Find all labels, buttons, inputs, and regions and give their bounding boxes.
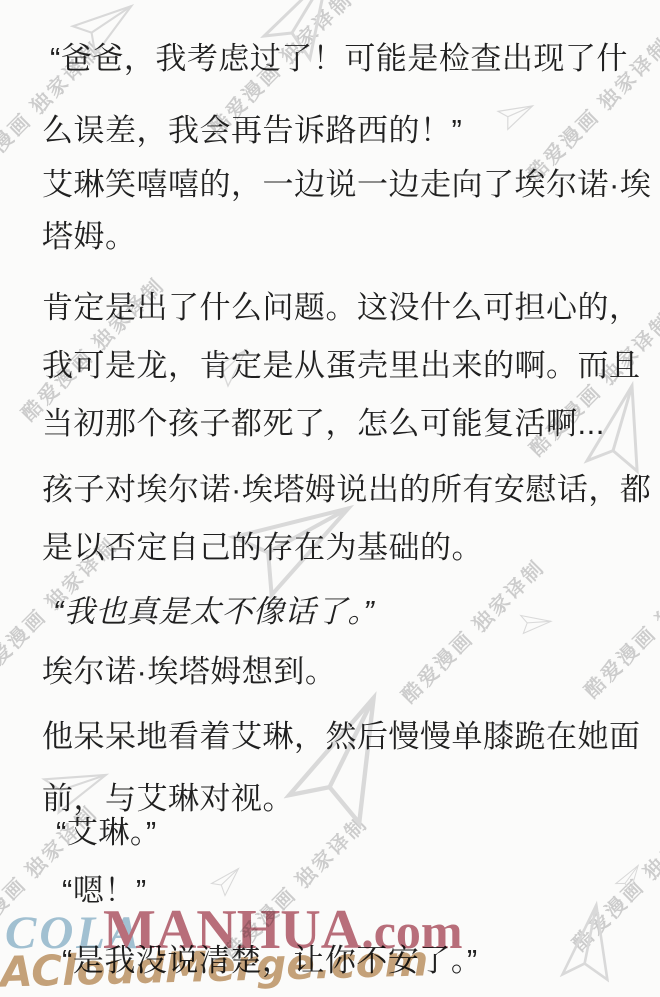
- text-line: 我可是龙，肯定是从蛋壳里出来的啊。而且: [42, 343, 641, 389]
- text-line: “嗯！”: [62, 868, 147, 914]
- text-line: “艾琳。”: [56, 810, 157, 856]
- text-line: 么误差，我会再告诉路西的！”: [42, 108, 462, 154]
- text-line: “爸爸，我考虑过了！可能是检查出现了什: [50, 36, 628, 82]
- text-line: 埃尔诺·埃塔姆想到。: [42, 649, 336, 695]
- text-line: 塔姆。: [42, 214, 137, 260]
- text-line: “是我没说清楚，让你不安了。”: [62, 938, 478, 984]
- text-line: 当初那个孩子都死了，怎么可能复活啊...: [42, 401, 605, 447]
- text-line: 肯定是出了什么问题。这没什么可担心的，: [42, 285, 641, 331]
- text-line: “我也真是太不像话了。”: [53, 589, 374, 635]
- text-line: 是以否定自己的存在为基础的。: [42, 525, 483, 571]
- novel-text-content: 她不好意思地笑了笑。“爸爸，我考虑过了！可能是检查出现了什么误差，我会再告诉路西…: [0, 0, 660, 997]
- text-line: 她不好意思地笑了笑。: [58, 0, 373, 4]
- text-line: 他呆呆地看着艾琳，然后慢慢单膝跪在她面: [42, 714, 641, 760]
- text-line: 孩子对埃尔诺·埃塔姆说出的所有安慰话，都: [42, 467, 651, 513]
- novel-reader-page: 酷爱漫画 独家译制酷爱漫画 独家译制酷爱漫画 独家译制酷爱漫画 独家译制酷爱漫画…: [0, 0, 660, 997]
- text-line: 艾琳笑嘻嘻的，一边说一边走向了埃尔诺·埃: [42, 162, 651, 208]
